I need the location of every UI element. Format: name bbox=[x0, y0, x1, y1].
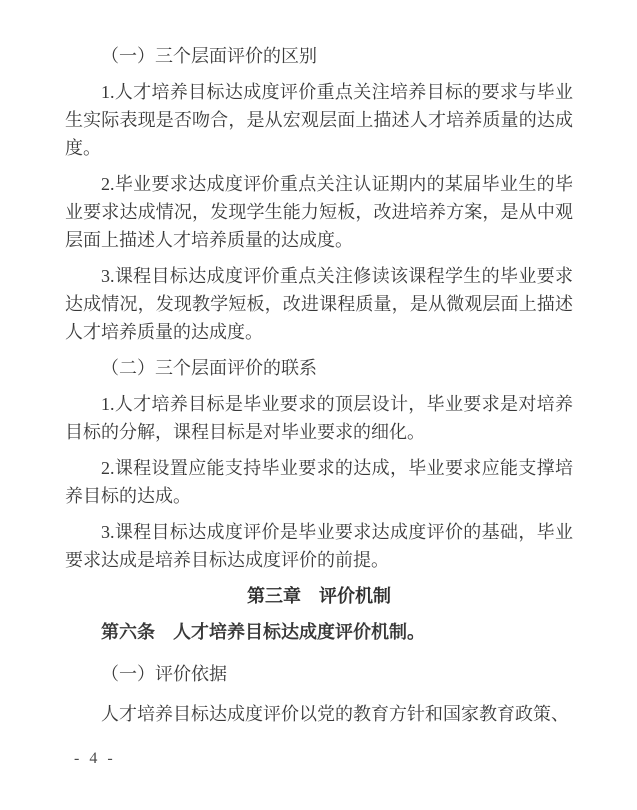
document-page: （一）三个层面评价的区别 1.人才培养目标达成度评价重点关注培养目标的要求与毕业… bbox=[0, 0, 637, 810]
body-paragraph-top-level-design: 1.人才培养目标是毕业要求的顶层设计，毕业要求是对培养目标的分解，课程目标是对毕… bbox=[65, 390, 573, 446]
body-paragraph-graduation-requirement-evaluation: 2.毕业要求达成度评价重点关注认证期内的某届毕业生的毕业要求达成情况，发现学生能… bbox=[65, 170, 573, 254]
article-heading-article-six: 第六条 人才培养目标达成度评价机制。 bbox=[65, 618, 573, 646]
body-paragraph-goal-evaluation: 1.人才培养目标达成度评价重点关注培养目标的要求与毕业生实际表现是否吻合，是从宏… bbox=[65, 78, 573, 162]
chapter-heading-evaluation-mechanism: 第三章 评价机制 bbox=[65, 582, 573, 610]
page-number: - 4 - bbox=[74, 750, 116, 768]
document-body: （一）三个层面评价的区别 1.人才培养目标达成度评价重点关注培养目标的要求与毕业… bbox=[65, 42, 573, 728]
body-paragraph-evaluation-policy: 人才培养目标达成度评价以党的教育方针和国家教育政策、 bbox=[65, 700, 573, 728]
section-heading-connection: （二）三个层面评价的联系 bbox=[65, 354, 573, 382]
body-paragraph-evaluation-basis-premise: 3.课程目标达成度评价是毕业要求达成度评价的基础，毕业要求达成是培养目标达成度评… bbox=[65, 518, 573, 574]
section-heading-difference: （一）三个层面评价的区别 bbox=[65, 42, 573, 70]
body-paragraph-course-support: 2.课程设置应能支持毕业要求的达成，毕业要求应能支撑培养目标的达成。 bbox=[65, 454, 573, 510]
section-heading-evaluation-basis: （一）评价依据 bbox=[65, 660, 573, 688]
body-paragraph-course-goal-evaluation: 3.课程目标达成度评价重点关注修读该课程学生的毕业要求达成情况，发现教学短板，改… bbox=[65, 262, 573, 346]
